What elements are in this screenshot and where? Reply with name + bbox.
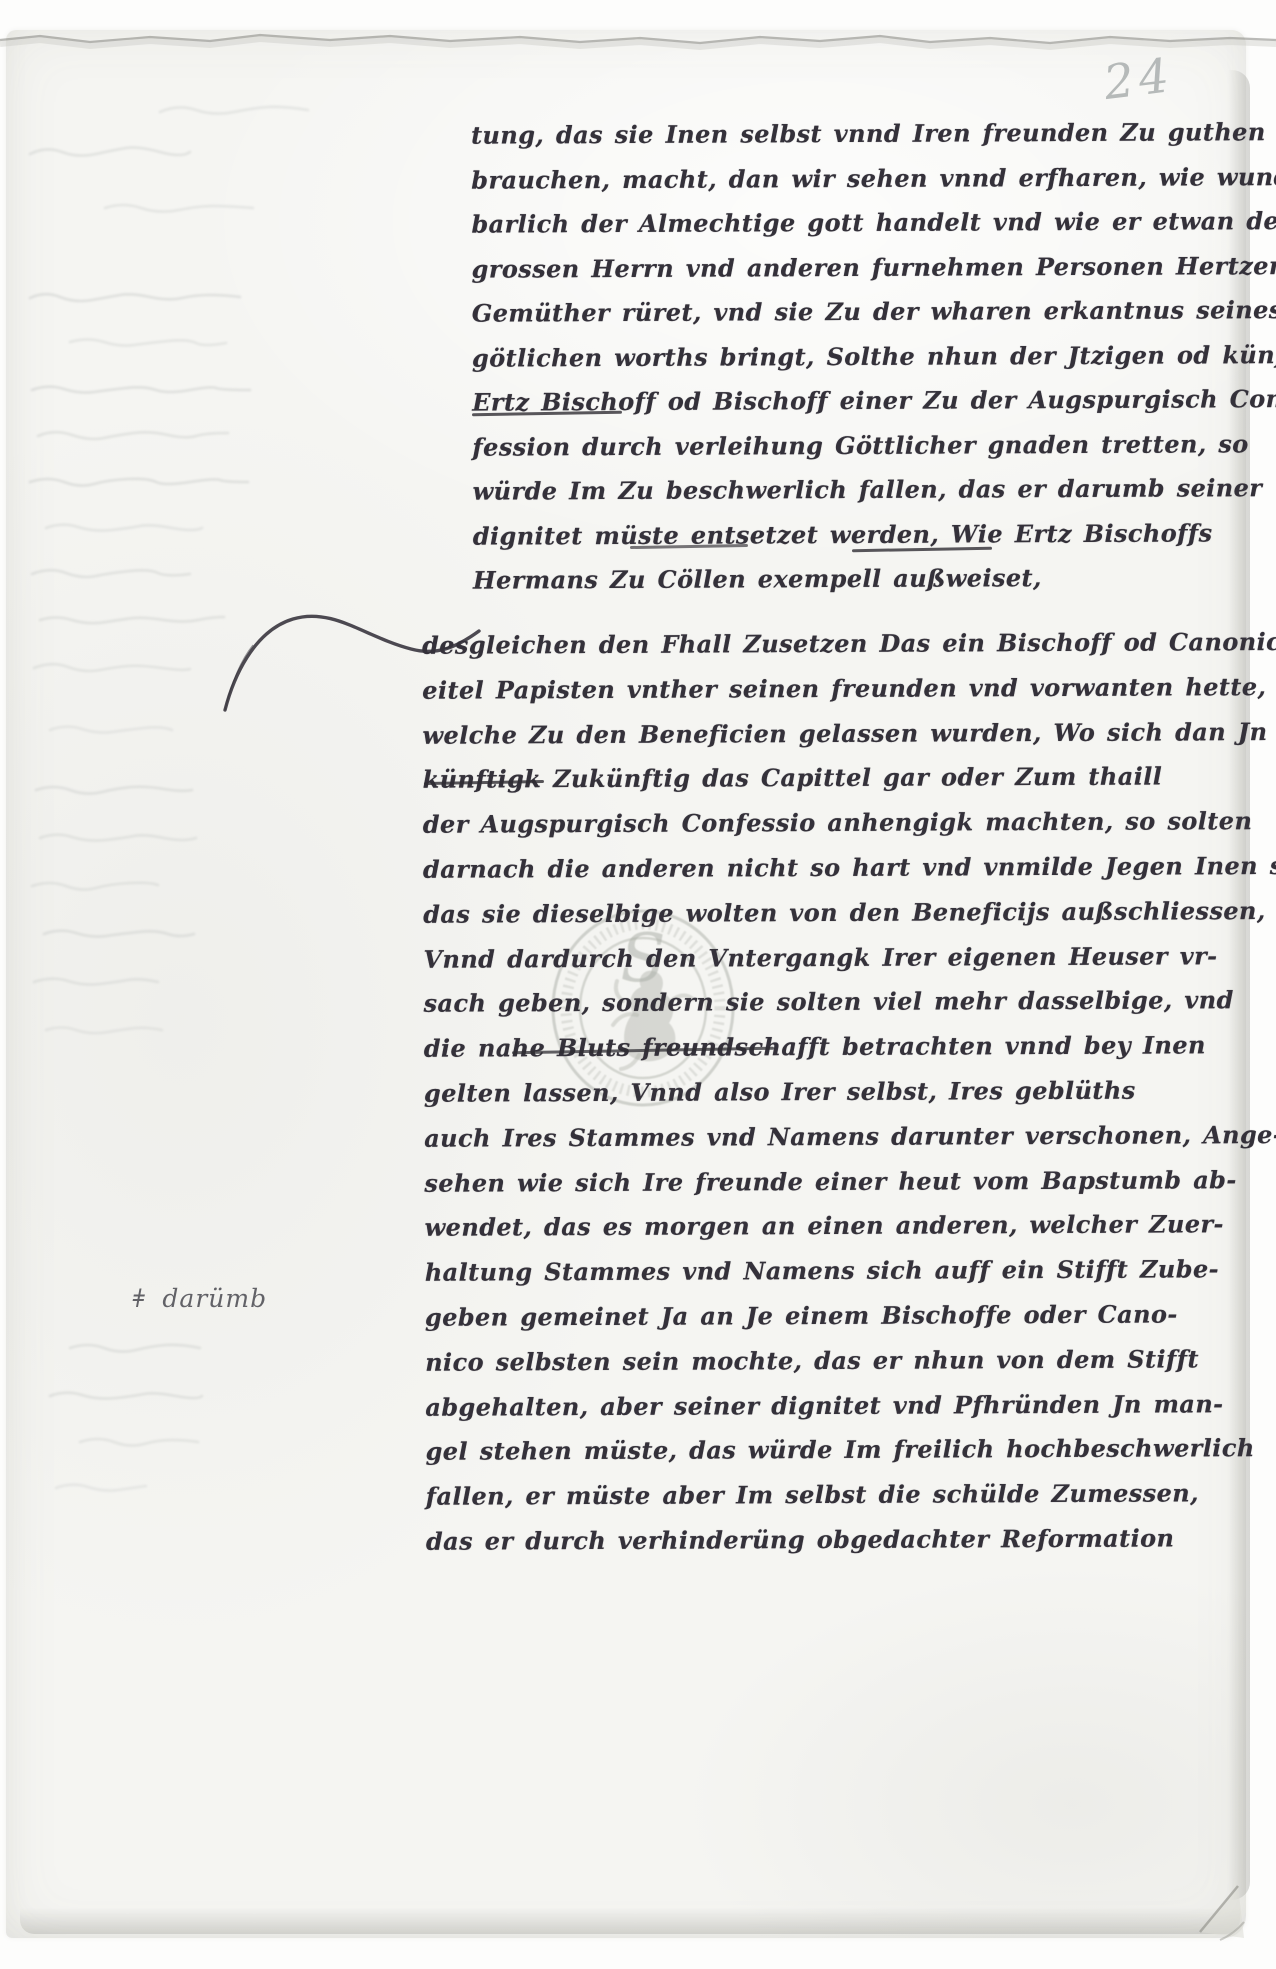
manuscript-line: sach geben, sondern sie solten viel mehr… [424, 979, 1220, 1027]
manuscript-line: götlichen worths bringt, Solthe nhun der… [472, 333, 1220, 381]
marginal-note: ǂ darümb [133, 1284, 267, 1313]
paragraph-2: desgleichen den Fhall Zusetzen Das ein B… [422, 620, 1222, 1564]
manuscript-line: brauchen, macht, dan wir sehen vnnd erfh… [471, 155, 1219, 203]
manuscript-line: barlich der Almechtige gott handelt vnd … [471, 199, 1219, 247]
paper-top-edge [0, 28, 1276, 62]
manuscript-line: wendet, das es morgen an einen anderen, … [424, 1203, 1220, 1251]
manuscript-line: Vnnd dardurch den Vntergangk Irer eigene… [423, 934, 1219, 982]
manuscript-line: nico selbsten sein mochte, das er nhun v… [425, 1337, 1221, 1385]
manuscript-line: die nahe Bluts freundschafft betrachten … [424, 1023, 1220, 1071]
manuscript-line: Ertz Bischoff od Bischoff einer Zu der A… [472, 377, 1220, 425]
manuscript-line: welche Zu den Beneficien gelassen wurden… [422, 710, 1218, 758]
corner-fold [1180, 1860, 1260, 1950]
manuscript-line: eitel Papisten vnther seinen freunden vn… [422, 665, 1218, 713]
manuscript-line: darnach die anderen nicht so hart vnd vn… [423, 844, 1219, 892]
manuscript-line: tung, das sie Inen selbst vnnd Iren freu… [471, 110, 1219, 158]
paper-bottom-edge [20, 1908, 1240, 1934]
manuscript-line: der Augspurgisch Confessio anhengigk mac… [423, 799, 1219, 847]
manuscript-line: geben gemeinet Ja an Je einem Bischoffe … [425, 1292, 1221, 1340]
manuscript-line: dignitet müste entsetzet werden, Wie Ert… [473, 511, 1221, 559]
manuscript-scan: 24 S tung, das sie Inen selbst vnnd Iren… [0, 0, 1276, 1969]
manuscript-line: Gemüther rüret, vnd sie Zu der wharen er… [472, 288, 1220, 336]
page-number: 24 [1101, 48, 1177, 111]
manuscript-line: würde Im Zu beschwerlich fallen, das er … [472, 466, 1220, 514]
manuscript-line: abgehalten, aber seiner dignitet vnd Pfh… [425, 1382, 1221, 1430]
manuscript-line: Hermans Zu Cöllen exempell außweiset, [473, 555, 1221, 603]
manuscript-line: haltung Stammes vnd Namens sich auff ein… [425, 1247, 1221, 1295]
manuscript-line: gel stehen müste, das würde Im freilich … [425, 1427, 1221, 1475]
manuscript-line: fession durch verleihung Göttlicher gnad… [472, 422, 1220, 470]
manuscript-line: gelten lassen, Vnnd also Irer selbst, Ir… [424, 1068, 1220, 1116]
paragraph-1: tung, das sie Inen selbst vnnd Iren freu… [471, 110, 1221, 603]
manuscript-line: künftigk Zukünftig das Capittel gar oder… [423, 755, 1219, 803]
manuscript-line: sehen wie sich Ire freunde einer heut vo… [424, 1158, 1220, 1206]
manuscript-line: das sie dieselbige wolten von den Benefi… [423, 889, 1219, 937]
manuscript-line: auch Ires Stammes vnd Namens darunter ve… [424, 1113, 1220, 1161]
manuscript-line: das er durch verhinderüng obgedachter Re… [426, 1516, 1222, 1564]
manuscript-line: desgleichen den Fhall Zusetzen Das ein B… [422, 620, 1218, 668]
manuscript-line: grossen Herrn vnd anderen furnehmen Pers… [472, 244, 1220, 292]
manuscript-line: fallen, er müste aber Im selbst die schü… [426, 1471, 1222, 1519]
